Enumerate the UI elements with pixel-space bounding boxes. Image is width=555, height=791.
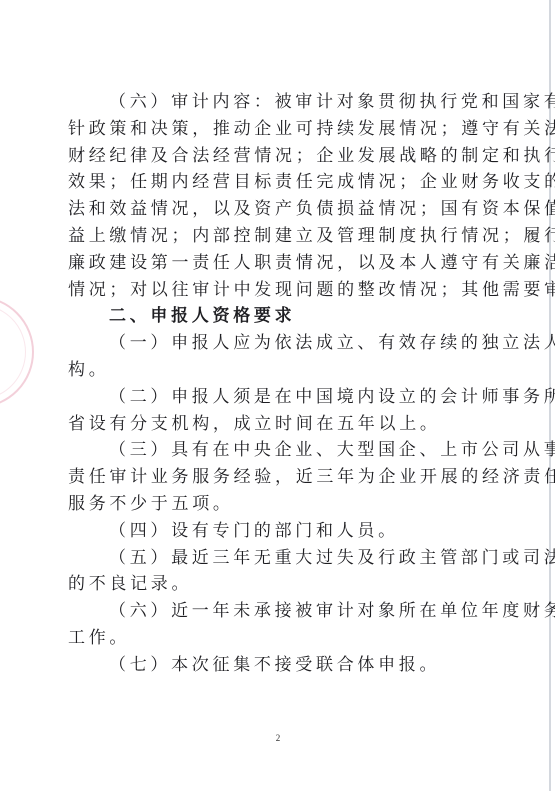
requirement-item-5: （五）最近三年无重大过失及行政主管部门或司法机关处罚	[68, 545, 488, 572]
text-line: 构。	[68, 357, 488, 384]
text-line: 情况；对以往审计中发现问题的整改情况；其他需要审计的内容。	[68, 277, 488, 304]
requirement-item-3: （三）具有在中央企业、大型国企、上市公司从事过的经济	[68, 437, 488, 464]
text-line: 工作。	[68, 625, 488, 652]
paragraph-audit-content: （六）审计内容：被审计对象贯彻执行党和国家有关经济方	[68, 89, 488, 116]
section-heading-qualifications: 二、申报人资格要求	[68, 303, 488, 330]
requirement-item-7: （七）本次征集不接受联合体申报。	[68, 652, 488, 679]
text-line: 效果；任期内经营目标责任完成情况；企业财务收支的真实、合	[68, 169, 488, 196]
text-line: 益上缴情况；内部控制建立及管理制度执行情况；履行有关党风	[68, 223, 488, 250]
text-line: 针政策和决策，推动企业可持续发展情况；遵守有关法律法规、	[68, 116, 488, 143]
requirement-item-6: （六）近一年未承接被审计对象所在单位年度财务决算审计	[68, 598, 488, 625]
text-line: 的不良记录。	[68, 571, 488, 598]
requirement-item-1: （一）申报人应为依法成立、有效存续的独立法人或分支机	[68, 330, 488, 357]
page-number: 2	[270, 733, 286, 743]
requirement-item-4: （四）设有专门的部门和人员。	[68, 518, 488, 545]
text-line: 责任审计业务服务经验，近三年为企业开展的经济责任审计业务	[68, 464, 488, 491]
text-line: 廉政建设第一责任人职责情况，以及本人遵守有关廉洁从业规定	[68, 250, 488, 277]
text-line: 财经纪律及合法经营情况；企业发展战略的制定和执行情况及其	[68, 143, 488, 170]
document-body: （六）审计内容：被审计对象贯彻执行党和国家有关经济方 针政策和决策，推动企业可持…	[68, 89, 488, 679]
requirement-item-2: （二）申报人须是在中国境内设立的会计师事务所，在湖北	[68, 384, 488, 411]
text-line: 省设有分支机构，成立时间在五年以上。	[68, 411, 488, 438]
text-line: 服务不少于五项。	[68, 491, 488, 518]
text-line: 法和效益情况，以及资产负债损益情况；国有资本保值增值和收	[68, 196, 488, 223]
